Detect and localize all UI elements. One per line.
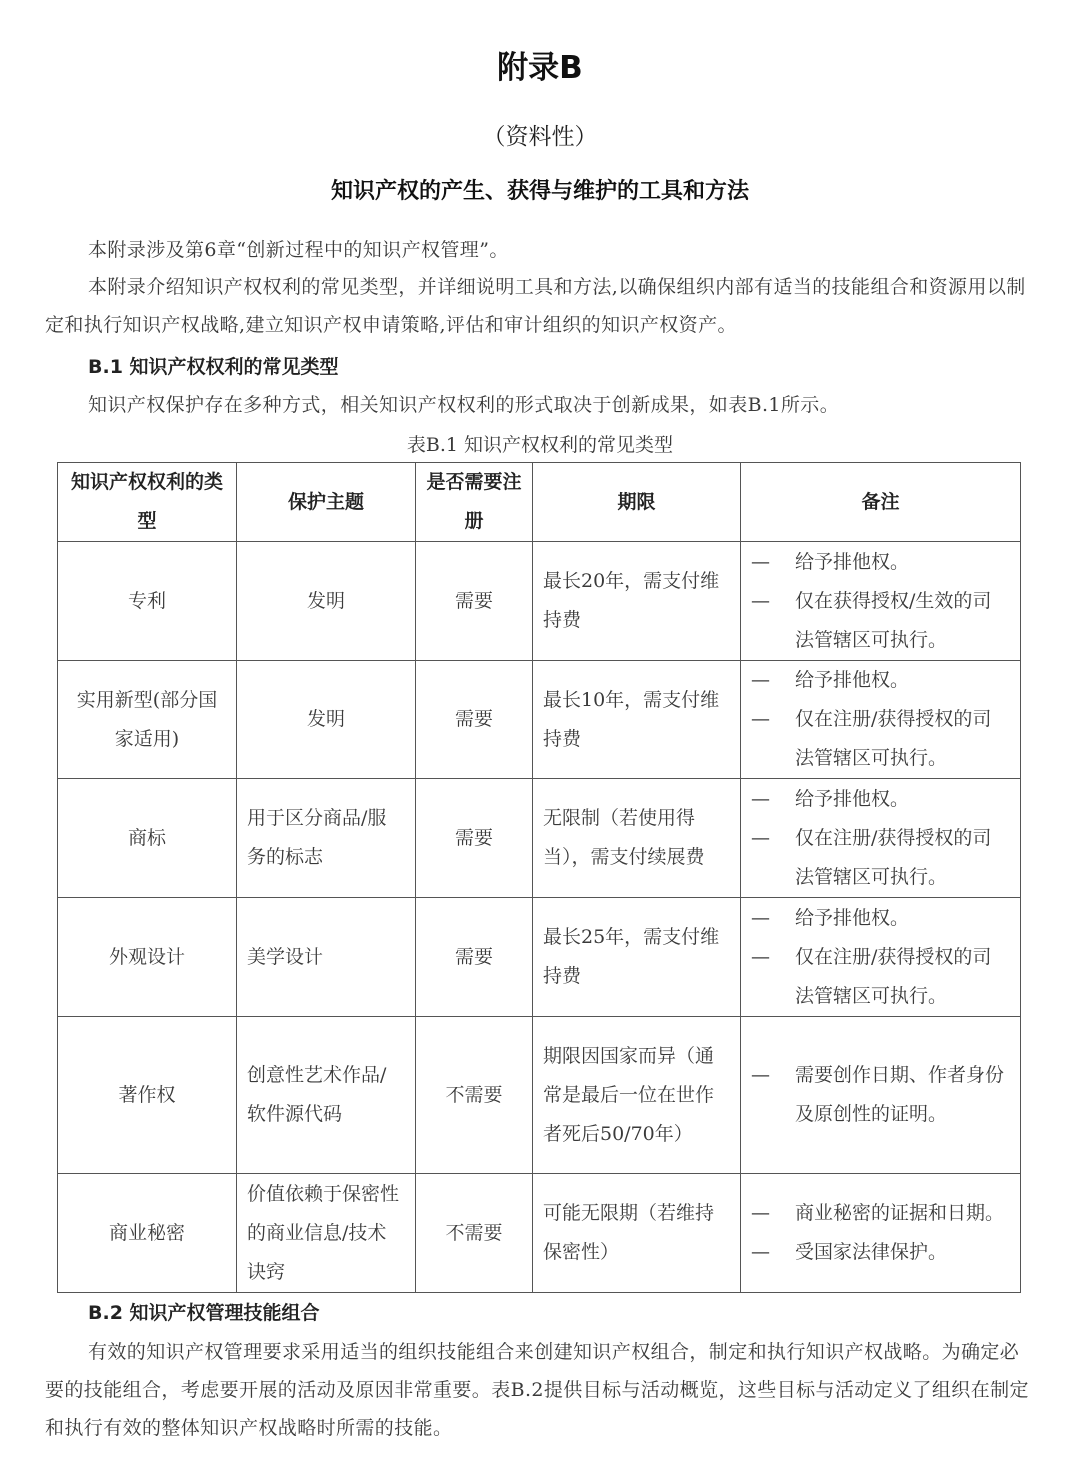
header-type: 知识产权权利的类型 bbox=[58, 463, 237, 542]
note-item: —受国家法律保护。 bbox=[751, 1233, 1010, 1272]
table-row: 外观设计 美学设计 需要 最长25年，需支付维持费 —给予排他权。 —仅在注册/… bbox=[58, 898, 1021, 1017]
intro-paragraph-2: 本附录介绍知识产权权利的常见类型，并详细说明工具和方法,以确保组织内部有适当的技… bbox=[45, 268, 1035, 344]
dash-bullet-icon: — bbox=[751, 543, 795, 582]
cell-type: 外观设计 bbox=[58, 898, 237, 1017]
cell-type: 商业秘密 bbox=[58, 1174, 237, 1293]
intro-paragraph-1: 本附录涉及第6章“创新过程中的知识产权管理”。 bbox=[45, 231, 1035, 269]
appendix-title: 附录B bbox=[0, 42, 1080, 87]
cell-term: 最长10年，需支付维持费 bbox=[533, 661, 741, 779]
dash-bullet-icon: — bbox=[751, 582, 795, 660]
cell-type: 商标 bbox=[58, 779, 237, 898]
table-row: 著作权 创意性艺术作品/ 软件源代码 不需要 期限因国家而异（通常是最后一位在世… bbox=[58, 1017, 1021, 1174]
note-item: —仅在注册/获得授权的司法管辖区可执行。 bbox=[751, 700, 1010, 778]
cell-type: 专利 bbox=[58, 542, 237, 661]
table-row: 实用新型(部分国家适用) 发明 需要 最长10年，需支付维持费 —给予排他权。 … bbox=[58, 661, 1021, 779]
cell-subject: 用于区分商品/服务的标志 bbox=[237, 779, 416, 898]
cell-subject: 创意性艺术作品/ 软件源代码 bbox=[237, 1017, 416, 1174]
cell-registration: 不需要 bbox=[416, 1174, 533, 1293]
dash-bullet-icon: — bbox=[751, 700, 795, 778]
dash-bullet-icon: — bbox=[751, 1056, 795, 1134]
dash-bullet-icon: — bbox=[751, 1194, 795, 1233]
table-row: 商业秘密 价值依赖于保密性的商业信息/技术诀窍 不需要 可能无限期（若维持保密性… bbox=[58, 1174, 1021, 1293]
table-caption: 表B.1 知识产权权利的常见类型 bbox=[0, 430, 1080, 457]
dash-bullet-icon: — bbox=[751, 661, 795, 700]
cell-registration: 需要 bbox=[416, 542, 533, 661]
appendix-subtitle: （资料性） bbox=[0, 118, 1080, 151]
cell-term: 可能无限期（若维持保密性） bbox=[533, 1174, 741, 1293]
section-b2-title: B.2 知识产权管理技能组合 bbox=[88, 1298, 320, 1325]
cell-notes: —给予排他权。 —仅在获得授权/生效的司法管辖区可执行。 bbox=[741, 542, 1021, 661]
cell-term: 无限制（若使用得当），需支付续展费 bbox=[533, 779, 741, 898]
cell-notes: —给予排他权。 —仅在注册/获得授权的司法管辖区可执行。 bbox=[741, 898, 1021, 1017]
appendix-heading: 知识产权的产生、获得与维护的工具和方法 bbox=[0, 174, 1080, 205]
note-item: —仅在注册/获得授权的司法管辖区可执行。 bbox=[751, 819, 1010, 897]
dash-bullet-icon: — bbox=[751, 938, 795, 1016]
document-page: 附录B （资料性） 知识产权的产生、获得与维护的工具和方法 本附录涉及第6章“创… bbox=[0, 0, 1080, 1479]
cell-term: 最长20年，需支付维持费 bbox=[533, 542, 741, 661]
table-row: 商标 用于区分商品/服务的标志 需要 无限制（若使用得当），需支付续展费 —给予… bbox=[58, 779, 1021, 898]
header-notes: 备注 bbox=[741, 463, 1021, 542]
section-b1-title: B.1 知识产权权利的常见类型 bbox=[88, 352, 339, 379]
cell-subject: 美学设计 bbox=[237, 898, 416, 1017]
table-row: 专利 发明 需要 最长20年，需支付维持费 —给予排他权。 —仅在获得授权/生效… bbox=[58, 542, 1021, 661]
cell-subject: 发明 bbox=[237, 542, 416, 661]
cell-term: 最长25年，需支付维持费 bbox=[533, 898, 741, 1017]
cell-term: 期限因国家而异（通常是最后一位在世作者死后50/70年） bbox=[533, 1017, 741, 1174]
cell-registration: 不需要 bbox=[416, 1017, 533, 1174]
cell-type: 著作权 bbox=[58, 1017, 237, 1174]
note-item: —仅在注册/获得授权的司法管辖区可执行。 bbox=[751, 938, 1010, 1016]
section-b2-paragraph: 有效的知识产权管理要求采用适当的组织技能组合来创建知识产权组合，制定和执行知识产… bbox=[45, 1333, 1035, 1447]
header-subject: 保护主题 bbox=[237, 463, 416, 542]
cell-notes: —给予排他权。 —仅在注册/获得授权的司法管辖区可执行。 bbox=[741, 661, 1021, 779]
cell-notes: —需要创作日期、作者身份及原创性的证明。 bbox=[741, 1017, 1021, 1174]
dash-bullet-icon: — bbox=[751, 1233, 795, 1272]
cell-type: 实用新型(部分国家适用) bbox=[58, 661, 237, 779]
note-item: —需要创作日期、作者身份及原创性的证明。 bbox=[751, 1056, 1010, 1134]
note-item: —给予排他权。 bbox=[751, 543, 1010, 582]
header-term: 期限 bbox=[533, 463, 741, 542]
note-item: —给予排他权。 bbox=[751, 780, 1010, 819]
note-item: —给予排他权。 bbox=[751, 899, 1010, 938]
dash-bullet-icon: — bbox=[751, 780, 795, 819]
dash-bullet-icon: — bbox=[751, 819, 795, 897]
note-item: —给予排他权。 bbox=[751, 661, 1010, 700]
cell-notes: —给予排他权。 —仅在注册/获得授权的司法管辖区可执行。 bbox=[741, 779, 1021, 898]
note-item: —仅在获得授权/生效的司法管辖区可执行。 bbox=[751, 582, 1010, 660]
cell-notes: —商业秘密的证据和日期。 —受国家法律保护。 bbox=[741, 1174, 1021, 1293]
table-header-row: 知识产权权利的类型 保护主题 是否需要注册 期限 备注 bbox=[58, 463, 1021, 542]
dash-bullet-icon: — bbox=[751, 899, 795, 938]
section-b1-paragraph: 知识产权保护存在多种方式，相关知识产权权利的形式取决于创新成果，如表B.1所示。 bbox=[45, 386, 1035, 424]
header-registration: 是否需要注册 bbox=[416, 463, 533, 542]
cell-registration: 需要 bbox=[416, 779, 533, 898]
cell-registration: 需要 bbox=[416, 898, 533, 1017]
ip-rights-table: 知识产权权利的类型 保护主题 是否需要注册 期限 备注 专利 发明 需要 最长2… bbox=[57, 462, 1021, 1293]
note-item: —商业秘密的证据和日期。 bbox=[751, 1194, 1010, 1233]
cell-subject: 价值依赖于保密性的商业信息/技术诀窍 bbox=[237, 1174, 416, 1293]
cell-registration: 需要 bbox=[416, 661, 533, 779]
cell-subject: 发明 bbox=[237, 661, 416, 779]
